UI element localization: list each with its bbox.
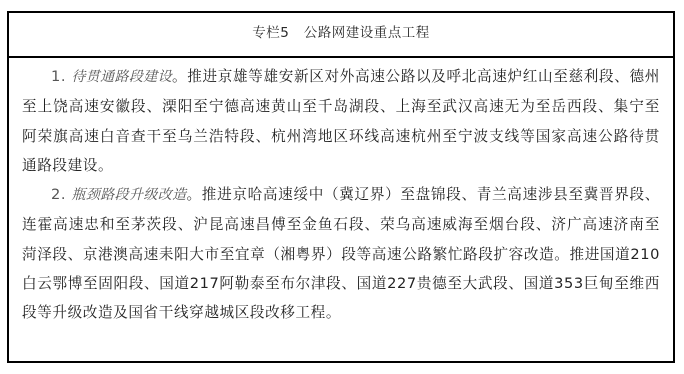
item-number: 1.	[51, 68, 71, 85]
column-box: 专栏5 公路网建设重点工程 1. 待贯通路段建设。推进京雄等雄安新区对外高速公路…	[7, 11, 675, 363]
item-lead-heading: 待贯通路段建设	[71, 69, 172, 85]
column-title: 专栏5 公路网建设重点工程	[252, 21, 429, 41]
column-body: 1. 待贯通路段建设。推进京雄等雄安新区对外高速公路以及呼北高速炉红山至慈利段、…	[9, 58, 673, 328]
item-number: 2.	[51, 186, 71, 203]
item-text: 。推进京哈高速绥中（冀辽界）至盘锦段、青兰高速涉县至冀晋界段、连霍高速忠和至茅茨…	[22, 186, 660, 321]
item-paragraph: 1. 待贯通路段建设。推进京雄等雄安新区对外高速公路以及呼北高速炉红山至慈利段、…	[22, 62, 660, 180]
column-header: 专栏5 公路网建设重点工程	[9, 13, 673, 58]
item-paragraph: 2. 瓶颈路段升级改造。推进京哈高速绥中（冀辽界）至盘锦段、青兰高速涉县至冀晋界…	[22, 180, 660, 327]
item-lead-heading: 瓶颈路段升级改造	[71, 187, 186, 203]
